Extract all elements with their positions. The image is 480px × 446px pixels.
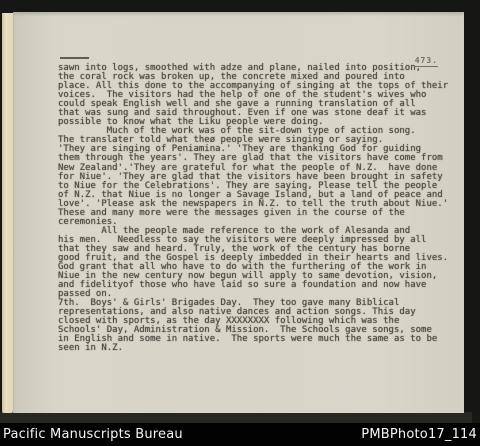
typed-line: These and many more were the messages gi… [58, 209, 462, 218]
source-label: Pacific Manuscripts Bureau [3, 427, 183, 442]
book-page-edge [2, 13, 13, 413]
caption-bar: Pacific Manuscripts Bureau PMBPhoto17_11… [0, 423, 480, 446]
scan-backing-band [0, 412, 472, 423]
archive-photo-viewer: 473. sawn into logs, smoothed with adze … [0, 0, 480, 446]
typed-text-block: sawn into logs, smoothed with adze and p… [58, 64, 462, 354]
typed-line: seen in N.Z. [58, 344, 462, 353]
pencil-dash-mark [60, 57, 89, 59]
scanned-page-photo: 473. sawn into logs, smoothed with adze … [0, 0, 480, 423]
typed-line: and fidelityof those who have laid so su… [58, 281, 462, 290]
photo-id-label: PMBPhoto17_114 [361, 427, 477, 442]
typewritten-page: 473. sawn into logs, smoothed with adze … [13, 12, 464, 413]
